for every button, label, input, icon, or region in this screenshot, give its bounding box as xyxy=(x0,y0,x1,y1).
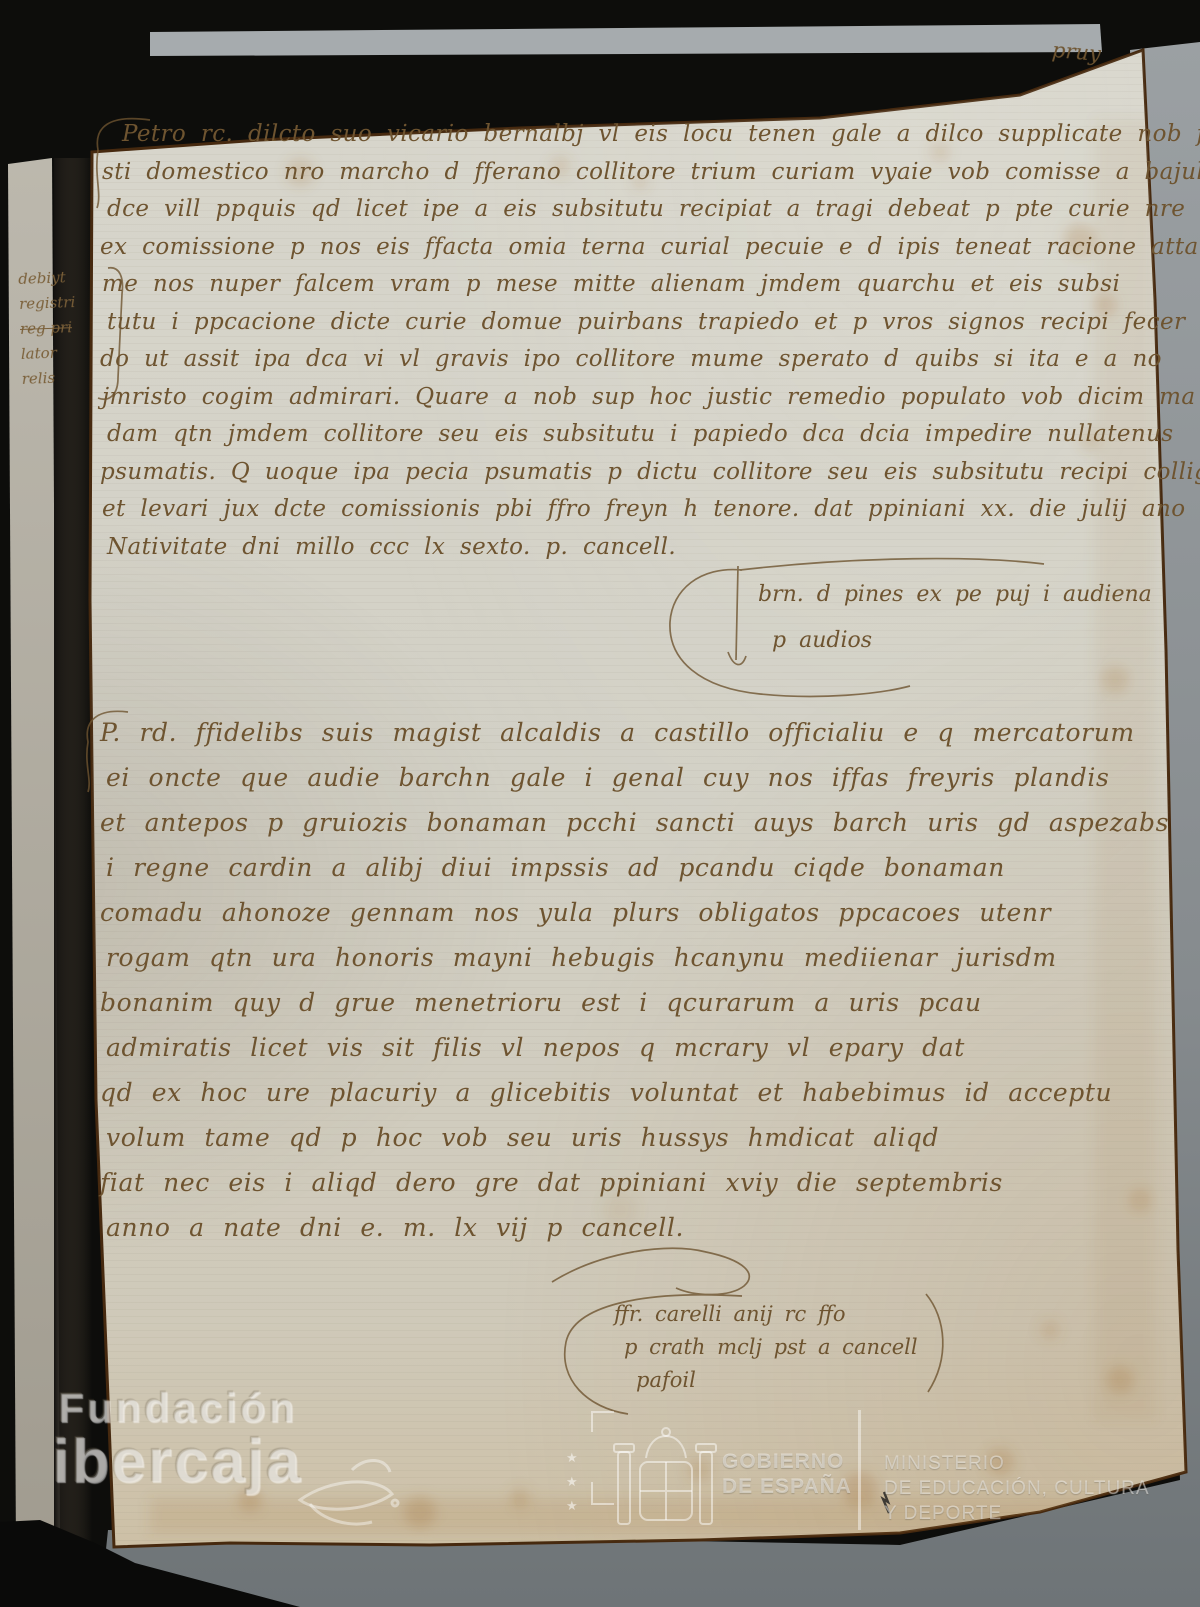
manuscript-line: rogam qtn ura honoris mayni hebugis hcan… xyxy=(106,935,1116,980)
gobierno-watermark-line1: GOBIERNO xyxy=(722,1450,844,1474)
manuscript-line: brn. d pines ex pe puj i audiena xyxy=(758,572,1152,618)
ministerio-watermark-line2: DE EDUCACIÓN, CULTURA xyxy=(884,1478,1150,1500)
manuscript-line: comadu ahonoze gennam nos yula plurs obl… xyxy=(100,890,1110,935)
ibercaja-watermark-line2: ibercaja xyxy=(52,1426,302,1497)
chancery-annotation: brn. d pines ex pe puj i audienap audios xyxy=(758,572,1152,664)
watermark-divider xyxy=(858,1410,861,1530)
manuscript-line: i regne cardin a alibj diui impssis ad p… xyxy=(106,845,1116,890)
manuscript-line: sti domestico nro marcho d fferano colli… xyxy=(102,154,1132,192)
signature-block: ffr. carelli anij rc ffop crath mclj pst… xyxy=(614,1298,918,1397)
manuscript-line: tutu i ppcacione dicte curie domue puirb… xyxy=(107,304,1137,342)
manuscript-line: pafoil xyxy=(636,1364,918,1397)
manuscript-line: do ut assit ipa dca vi vl gravis ipo col… xyxy=(100,341,1130,379)
manuscript-line: bonanim quy d grue menetrioru est i qcur… xyxy=(100,980,1110,1025)
manuscript-paragraph-1: Petro rc. dilcto suo vicario bernalbj vl… xyxy=(102,116,1132,566)
manuscript-line: debiyt xyxy=(18,265,75,292)
manuscript-line: volum tame qd p hoc vob seu uris hussys … xyxy=(106,1115,1116,1160)
manuscript-line: P. rd. ffidelibs suis magist alcaldis a … xyxy=(100,710,1110,755)
manuscript-line: jmristo cogim admirari. Quare a nob sup … xyxy=(102,379,1132,417)
manuscript-line: p crath mclj pst a cancell xyxy=(624,1331,918,1364)
manuscript-line: registri xyxy=(19,290,76,317)
manuscript-line: relis xyxy=(21,365,78,392)
manuscript-line: ffr. carelli anij rc ffo xyxy=(614,1298,918,1331)
manuscript-line: fiat nec eis i aliqd dero gre dat ppinia… xyxy=(100,1160,1110,1205)
manuscript-line: Nativitate dni millo ccc lx sexto. p. ca… xyxy=(107,529,1137,567)
ibercaja-watermark-line1: Fundación xyxy=(58,1384,297,1432)
manuscript-line: lator xyxy=(20,340,77,367)
manuscript-line: qd ex hoc ure placuriy a glicebitis volu… xyxy=(100,1070,1110,1115)
manuscript-line: reg pri xyxy=(20,315,77,342)
gobierno-watermark-line2: DE ESPAÑA xyxy=(722,1475,852,1499)
manuscript-paragraph-2: P. rd. ffidelibs suis magist alcaldis a … xyxy=(100,710,1110,1250)
manuscript-line: psumatis. Q uoque ipa pecia psumatis p d… xyxy=(100,454,1130,492)
manuscript-line: ex comissione p nos eis ffacta omia tern… xyxy=(100,229,1130,267)
archival-manuscript-photo: pruy debiytregistrireg prilatorrelis Pet… xyxy=(0,0,1200,1607)
manuscript-line: et levari jux dcte comissionis pbi ffro … xyxy=(102,491,1132,529)
manuscript-line: p audios xyxy=(772,618,1152,664)
manuscript-line: Petro rc. dilcto suo vicario bernalbj vl… xyxy=(100,116,1130,154)
manuscript-line: dce vill ppquis qd licet ipe a eis subsi… xyxy=(107,191,1137,229)
eu-stars-icon: ★ ★ ★ xyxy=(566,1446,578,1518)
margin-note: debiytregistrireg prilatorrelis xyxy=(18,265,78,392)
manuscript-line: admiratis licet vis sit filis vl nepos q… xyxy=(106,1025,1116,1070)
manuscript-line: me nos nuper falcem vram p mese mitte al… xyxy=(102,266,1132,304)
manuscript-line: dam qtn jmdem collitore seu eis subsitut… xyxy=(107,416,1137,454)
ministerio-watermark-line1: MINISTERIO xyxy=(884,1453,1005,1475)
manuscript-line: anno a nate dni e. m. lx vij p cancell. xyxy=(106,1205,1116,1250)
manuscript-line: et antepos p gruiozis bonaman pcchi sanc… xyxy=(100,800,1110,845)
folio-number-mark: pruy xyxy=(1051,38,1102,66)
ministerio-watermark-line3: Y DEPORTE xyxy=(884,1503,1002,1525)
behind-sheet-sliver xyxy=(150,24,1102,56)
manuscript-line: ei oncte que audie barchn gale i genal c… xyxy=(106,755,1116,800)
